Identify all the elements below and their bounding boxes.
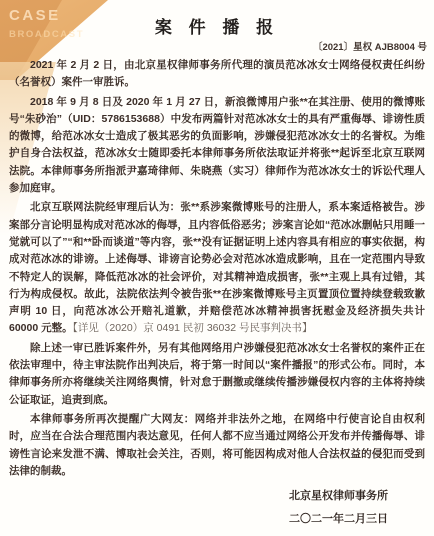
- paragraph-text: 本律师事务所再次提醒广大网友：网络并非法外之地，在网络中行使言论自由权利时，应当…: [9, 413, 425, 477]
- page-title: 案 件 播 报: [0, 13, 434, 38]
- paragraph-text: 除上述一审已胜诉案件外，另有其他网络用户涉嫌侵犯范冰冰女士名誉权的案件正在依法审…: [9, 342, 425, 406]
- paragraph-public-reminder: 本律师事务所再次提醒广大网友：网络并非法外之地，在网络中行使言论自由权利时，应当…: [9, 411, 425, 480]
- case-broadcast-document: CASE BROADCAST 案 件 播 报 〔2021〕星权 AJB8004 …: [0, 0, 434, 536]
- paragraph-other-cases: 除上述一审已胜诉案件外，另有其他网络用户涉嫌侵犯范冰冰女士名誉权的案件正在依法审…: [9, 340, 425, 409]
- document-number: 〔2021〕星权 AJB8004 号: [313, 39, 427, 53]
- signature-block: 北京星权律师事务所 二〇二一年二月三日: [289, 485, 388, 531]
- judgment-citation: 【详见（2020）京 0491 民初 36032 号民事判决书】: [73, 322, 313, 334]
- paragraph-text: 2018 年 9 月 8 日及 2020 年 1 月 27 日，新浪微博用户张*…: [9, 96, 425, 194]
- paragraph-text: 2021 年 2 月 2 日，由北京星权律师事务所代理的演员范冰冰女士网络侵权责…: [9, 59, 425, 88]
- law-firm-name: 北京星权律师事务所: [289, 485, 388, 508]
- document-body: 2021 年 2 月 2 日，由北京星权律师事务所代理的演员范冰冰女士网络侵权责…: [9, 57, 425, 482]
- paragraph-court-findings: 北京互联网法院经审理后认为：张**系涉案微博账号的注册人，系本案适格被告。涉案部…: [9, 199, 425, 337]
- signature-date: 二〇二一年二月三日: [289, 508, 388, 531]
- paragraph-verdict-summary: 2021 年 2 月 2 日，由北京星权律师事务所代理的演员范冰冰女士网络侵权责…: [9, 57, 425, 92]
- paragraph-case-background: 2018 年 9 月 8 日及 2020 年 1 月 27 日，新浪微博用户张*…: [9, 94, 425, 198]
- paragraph-text: 北京互联网法院经审理后认为：张**系涉案微博账号的注册人，系本案适格被告。涉案部…: [9, 201, 425, 334]
